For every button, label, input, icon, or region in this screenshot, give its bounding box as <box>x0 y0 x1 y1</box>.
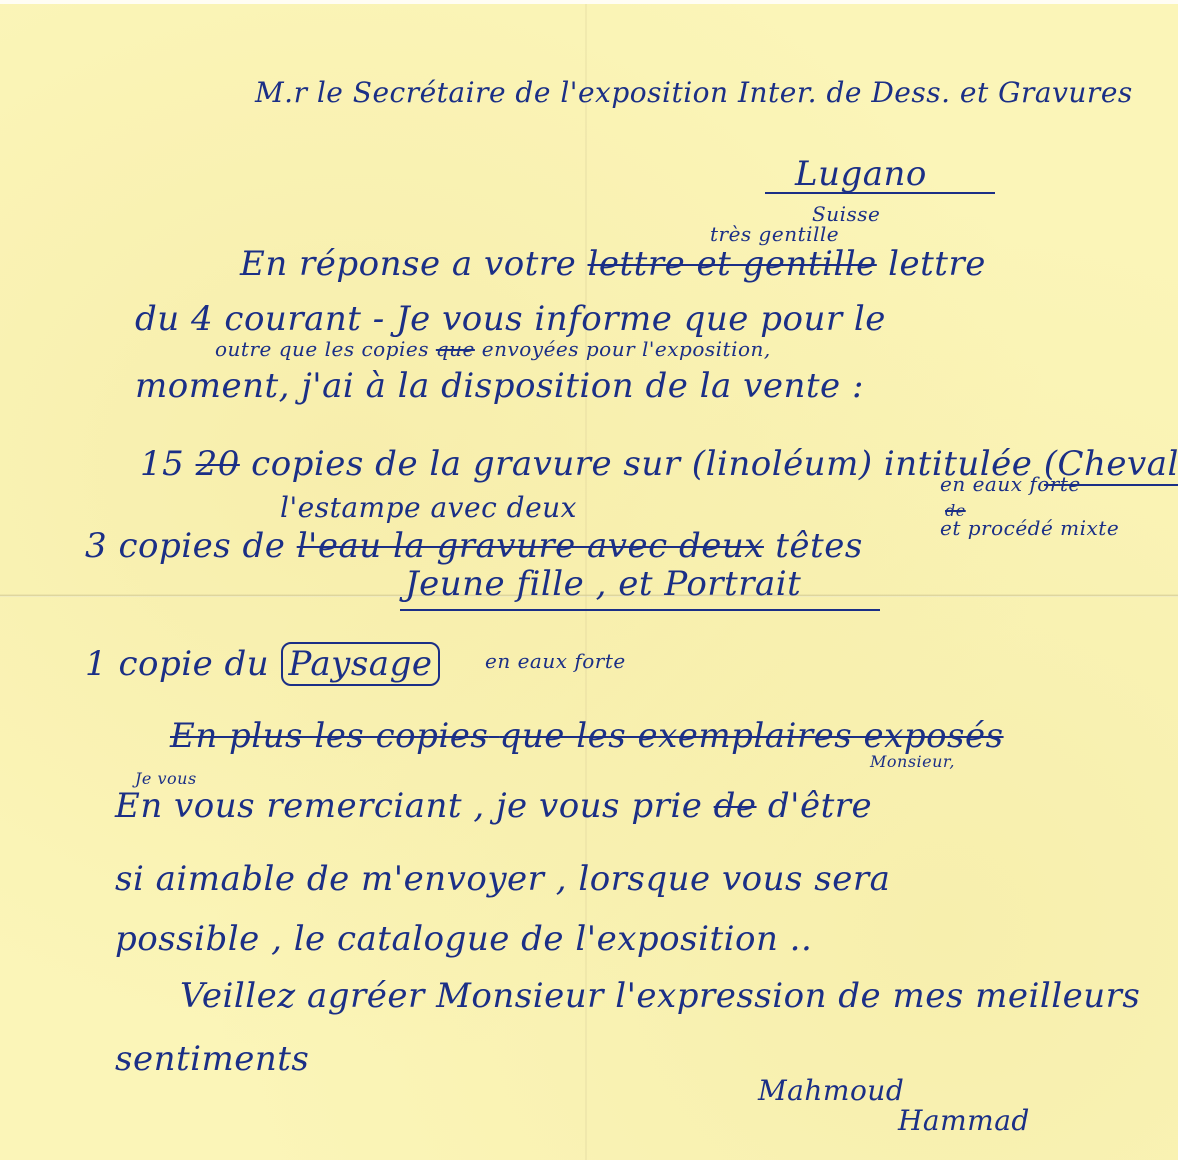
item2-text: têtes <box>775 526 863 566</box>
insert-monsieur: Monsieur, <box>870 752 955 771</box>
item3-count: 1 <box>85 644 107 684</box>
signature-first: Mahmoud <box>758 1074 904 1107</box>
body-line-1-end: lettre <box>888 244 986 284</box>
item2-line-2: Jeune fille , et Portrait <box>405 564 801 604</box>
letter-paper: M.r le Secrétaire de l'exposition Inter.… <box>0 4 1178 1160</box>
body-line-1: En réponse a votre <box>240 244 576 284</box>
city-underline <box>765 192 995 194</box>
closing-line-2: sentiments <box>115 1039 309 1079</box>
item1-text: copies de la gravure sur (linoléum) inti… <box>251 444 1032 484</box>
addressee-city: Lugano <box>795 154 927 194</box>
struck-text: l'eau la gravure avec deux <box>297 526 764 566</box>
struck-text: que <box>436 337 475 361</box>
struck-text: lettre et gentille <box>588 244 877 284</box>
body-line-5: si aimable de m'envoyer , lorsque vous s… <box>115 859 890 899</box>
struck-line-a: En plus les copies <box>170 716 488 756</box>
item2-note-top: en eaux forte <box>940 472 1081 496</box>
body-line-4-end: d'être <box>768 786 872 826</box>
item1-count: 15 <box>140 444 184 484</box>
body-line-4: En vous remerciant , je vous prie <box>115 786 702 826</box>
signature-last: Hammad <box>898 1104 1030 1137</box>
item3-end: en eaux forte <box>485 649 626 673</box>
item2-insert: l'estampe avec deux <box>280 491 577 524</box>
struck-line-b: que les exemplaires exposés <box>500 716 1004 756</box>
closing-line-1: Veillez agréer Monsieur l'expression de … <box>180 976 1140 1016</box>
struck-text: 20 <box>196 444 240 484</box>
addressee-line: M.r le Secrétaire de l'exposition Inter.… <box>255 76 1133 109</box>
insert-outre: outre que les copies <box>215 337 429 361</box>
item3-title: Paysage <box>281 642 441 686</box>
body-line-3: moment, j'ai à la disposition de la vent… <box>135 366 864 406</box>
struck-text: de <box>714 786 757 826</box>
item2-count: 3 <box>85 526 107 566</box>
item3-text: copie du <box>118 644 269 684</box>
body-line-6: possible , le catalogue de l'exposition … <box>115 919 812 959</box>
item2-note-bottom: et procédé mixte <box>940 516 1119 540</box>
item2-underline <box>400 609 880 611</box>
body-line-2: du 4 courant - Je vous informe que pour … <box>135 299 886 339</box>
item2-prefix: copies de <box>118 526 285 566</box>
insert-tres-gentille: très gentille <box>710 222 839 246</box>
insert-outre-end: envoyées pour l'exposition, <box>482 337 771 361</box>
